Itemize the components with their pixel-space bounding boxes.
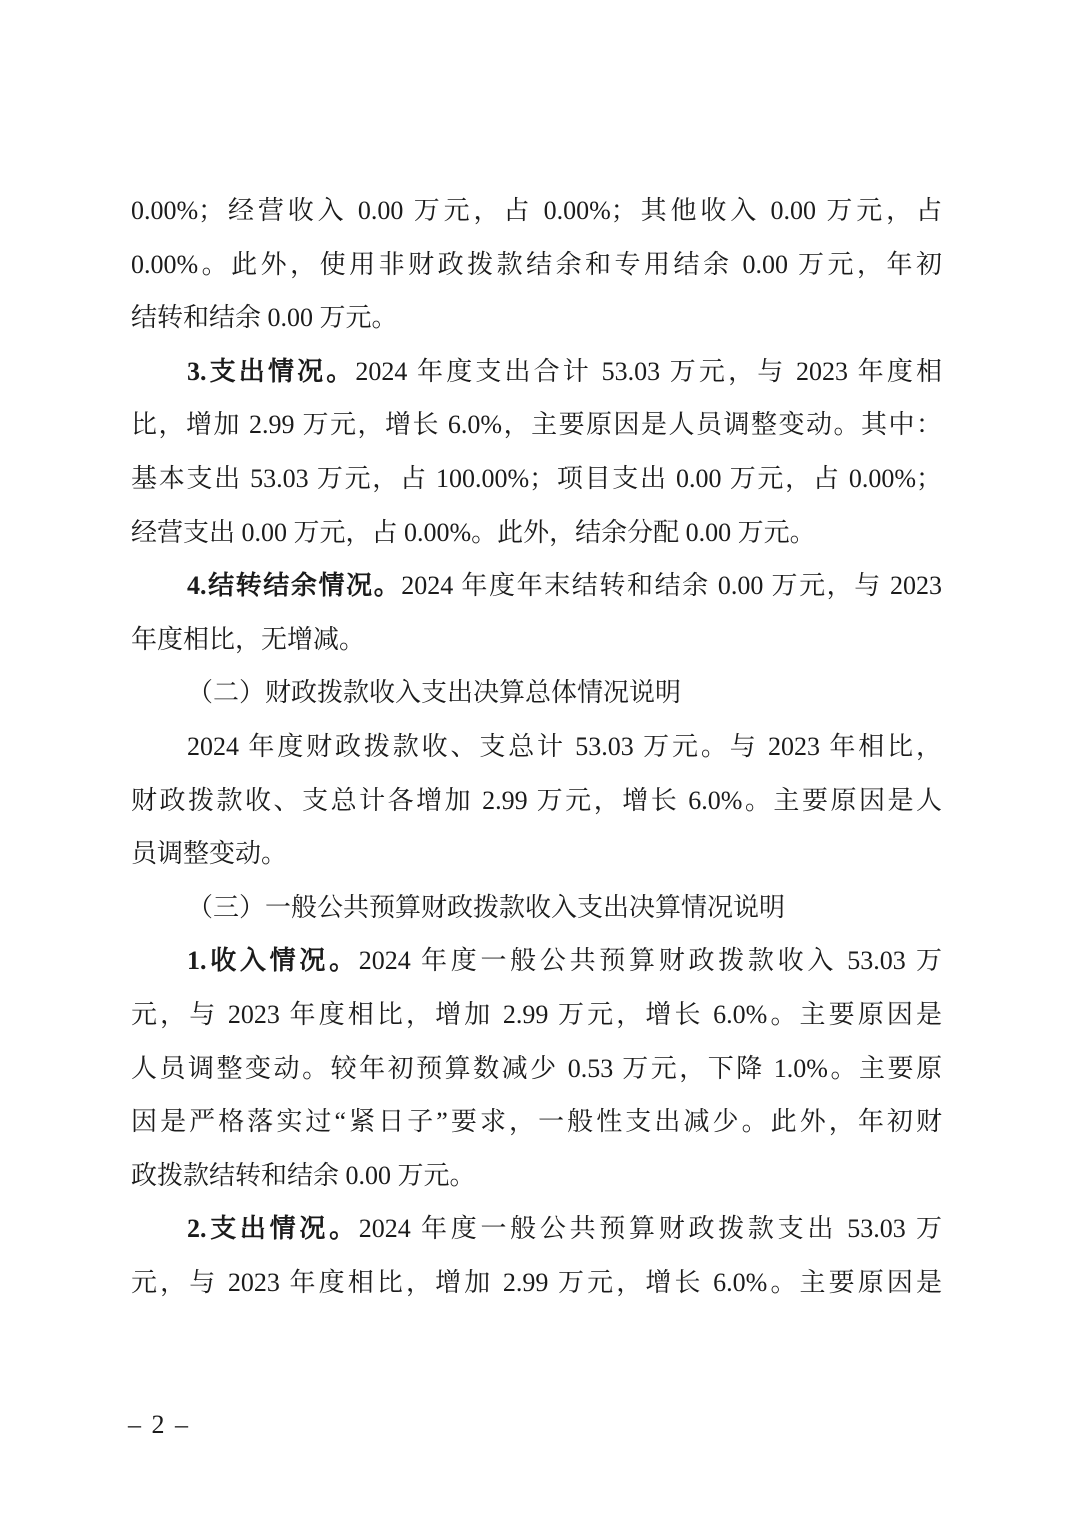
section-heading-3: （三）一般公共预算财政拨款收入支出决算情况说明 <box>131 881 942 935</box>
body-line: 2024 年度财政拨款收、支总计 53.03 万元。与 2023 年相比， <box>131 720 942 774</box>
document-page: 0.00%；经营收入 0.00 万元，占 0.00%；其他收入 0.00 万元，… <box>0 0 1075 1520</box>
body-line-expenditure2-heading: 2.支出情况。2024 年度一般公共预算财政拨款支出 53.03 万 <box>131 1202 942 1256</box>
body-line-carryover-heading: 4.结转结余情况。2024 年度年末结转和结余 0.00 万元，与 2023 <box>131 559 942 613</box>
text-run: 2024 年度支出合计 53.03 万元，与 2023 年度相 <box>355 357 942 386</box>
body-line: 经营支出 0.00 万元，占 0.00%。此外，结余分配 0.00 万元。 <box>131 506 942 560</box>
bold-heading-run: 4.结转结余情况。 <box>187 571 401 600</box>
section-heading-2: （二）财政拨款收入支出决算总体情况说明 <box>131 666 942 720</box>
body-text-block: 0.00%；经营收入 0.00 万元，占 0.00%；其他收入 0.00 万元，… <box>131 184 942 1309</box>
body-line: 年度相比，无增减。 <box>131 613 942 667</box>
body-line-income-heading: 1.收入情况。2024 年度一般公共预算财政拨款收入 53.03 万 <box>131 934 942 988</box>
body-line: 财政拨款收、支总计各增加 2.99 万元，增长 6.0%。主要原因是人 <box>131 774 942 828</box>
text-run: 2024 年度年末结转和结余 0.00 万元，与 2023 <box>401 571 942 600</box>
body-line: 比，增加 2.99 万元，增长 6.0%，主要原因是人员调整变动。其中： <box>131 398 942 452</box>
body-line: 元，与 2023 年度相比，增加 2.99 万元，增长 6.0%。主要原因是 <box>131 1256 942 1310</box>
bold-heading-run: 1.收入情况。 <box>187 946 359 975</box>
body-line-expenditure-heading: 3.支出情况。2024 年度支出合计 53.03 万元，与 2023 年度相 <box>131 345 942 399</box>
bold-heading-run: 2.支出情况。 <box>187 1214 359 1243</box>
bold-heading-run: 3.支出情况。 <box>187 357 355 386</box>
body-line: 0.00%。此外，使用非财政拨款结余和专用结余 0.00 万元，年初 <box>131 238 942 292</box>
body-line: 元，与 2023 年度相比，增加 2.99 万元，增长 6.0%。主要原因是 <box>131 988 942 1042</box>
body-line: 政拨款结转和结余 0.00 万元。 <box>131 1149 942 1203</box>
page-number: – 2 – <box>128 1410 190 1440</box>
body-line: 员调整变动。 <box>131 827 942 881</box>
body-line: 因是严格落实过“紧日子”要求，一般性支出减少。此外，年初财 <box>131 1095 942 1149</box>
body-line: 基本支出 53.03 万元，占 100.00%；项目支出 0.00 万元，占 0… <box>131 452 942 506</box>
body-line: 0.00%；经营收入 0.00 万元，占 0.00%；其他收入 0.00 万元，… <box>131 184 942 238</box>
body-line: 结转和结余 0.00 万元。 <box>131 291 942 345</box>
text-run: 2024 年度一般公共预算财政拨款支出 53.03 万 <box>359 1214 942 1243</box>
body-line: 人员调整变动。较年初预算数减少 0.53 万元，下降 1.0%。主要原 <box>131 1042 942 1096</box>
text-run: 2024 年度一般公共预算财政拨款收入 53.03 万 <box>359 946 942 975</box>
